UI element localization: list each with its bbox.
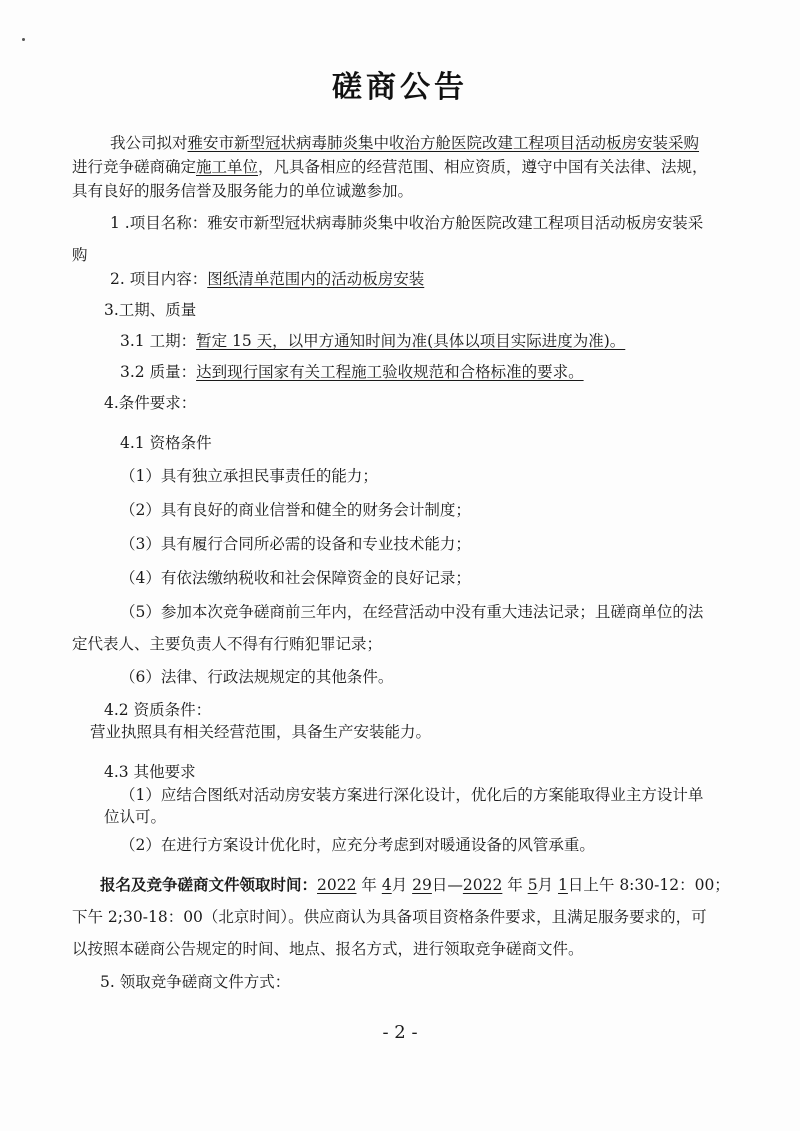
other-item: （1）应结合图纸对活动房安装方案进行深化设计，优化后的方案能取得业主方设计单	[120, 784, 703, 806]
quality-value: 达到现行国家有关工程施工验收规范和合格标准的要求。	[196, 363, 584, 381]
quality-line: 3.2 质量：达到现行国家有关工程施工验收规范和合格标准的要求。	[120, 361, 584, 383]
intro-line-2: 进行竞争磋商确定施工单位，凡具备相应的经营范围、相应资质，遵守中国有关法律、法规…	[72, 156, 708, 178]
text: 年	[356, 876, 381, 894]
condition-item: （4）有依法缴纳税收和社会保障资金的良好记录；	[120, 567, 471, 589]
project-name-underlined: 雅安市新型冠状病毒肺炎集中收治方舱医院改建工程项目活动板房安装采购	[188, 134, 700, 152]
label: 3.2 质量：	[120, 363, 196, 381]
condition-item: （1）具有独立承担民事责任的能力；	[120, 465, 378, 487]
construction-unit-underlined: 施工单位	[196, 158, 258, 176]
text: 日—	[432, 876, 463, 894]
intro-text: 进行竞争磋商确定	[72, 158, 196, 176]
condition-item: （6）法律、行政法规规定的其他条件。	[120, 666, 393, 688]
scan-speck	[22, 38, 25, 41]
page-number: - 2 -	[0, 1022, 800, 1043]
text: 年	[502, 876, 527, 894]
date-value: 4	[382, 876, 392, 894]
text: 月	[392, 876, 412, 894]
section-5-heading: 5. 领取竞争磋商文件方式：	[100, 971, 290, 993]
other-requirements-heading: 4.3 其他要求	[104, 761, 196, 783]
condition-item: （2）具有良好的商业信誉和健全的财务会计制度；	[120, 499, 471, 521]
condition-item-cont: 定代表人、主要负责人不得有行贿犯罪记录；	[72, 633, 382, 655]
schedule-quality-heading: 3.工期、质量	[104, 299, 196, 321]
document-title: 磋商公告	[0, 62, 800, 106]
project-name-line-cont: 购	[72, 244, 88, 266]
condition-item: （3）具有履行合同所必需的设备和专业技术能力；	[120, 533, 471, 555]
other-item-cont: 位认可。	[104, 806, 166, 828]
other-item: （2）在进行方案设计优化时，应充分考虑到对暖通设备的风管承重。	[120, 834, 595, 856]
intro-line-1: 我公司拟对雅安市新型冠状病毒肺炎集中收治方舱医院改建工程项目活动板房安装采购	[110, 132, 699, 154]
qualification-heading: 4.1 资格条件	[120, 432, 212, 454]
registration-line-3: 以按照本磋商公告规定的时间、地点、报名方式，进行领取竞争磋商文件。	[72, 938, 584, 960]
registration-label: 报名及竞争磋商文件领取时间：	[100, 875, 317, 894]
project-content-line: 2. 项目内容：图纸清单范围内的活动板房安装	[110, 268, 424, 290]
schedule-value: 暂定 15 天，以甲方通知时间为准(具体以项目实际进度为准)。	[196, 332, 625, 350]
registration-line-2: 下午 2;30-18：00（北京时间）。供应商认为具备项目资格条件要求，且满足服…	[72, 906, 707, 928]
credentials-text: 营业执照具有相关经营范围，具备生产安装能力。	[90, 721, 431, 743]
condition-item: （5）参加本次竞争磋商前三年内，在经营活动中没有重大违法记录；且磋商单位的法	[120, 601, 703, 623]
date-value: 1	[558, 876, 568, 894]
schedule-line: 3.1 工期：暂定 15 天，以甲方通知时间为准(具体以项目实际进度为准)。	[120, 330, 625, 352]
text: 日上午 8:30-12：00；	[568, 876, 730, 894]
date-value: 29	[412, 876, 432, 894]
date-value: 2022	[463, 876, 502, 894]
document-page: 磋商公告 我公司拟对雅安市新型冠状病毒肺炎集中收治方舱医院改建工程项目活动板房安…	[0, 0, 800, 1131]
intro-text: ，凡具备相应的经营范围、相应资质，遵守中国有关法律、法规，	[258, 158, 708, 176]
date-value: 2022	[317, 876, 356, 894]
registration-line-1: 报名及竞争磋商文件领取时间：2022 年 4月 29日—2022 年 5月 1日…	[100, 874, 730, 896]
text: 月	[538, 876, 558, 894]
project-name-line: 1 .项目名称：雅安市新型冠状病毒肺炎集中收治方舱医院改建工程项目活动板房安装采	[110, 212, 703, 234]
intro-line-3: 具有良好的服务信誉及服务能力的单位诚邀参加。	[72, 180, 413, 202]
label: 3.1 工期：	[120, 332, 196, 350]
credentials-heading: 4.2 资质条件：	[104, 699, 211, 721]
project-content-value: 图纸清单范围内的活动板房安装	[207, 270, 424, 288]
intro-text: 我公司拟对	[110, 134, 188, 152]
label: 2. 项目内容：	[110, 270, 207, 288]
date-value: 5	[528, 876, 538, 894]
conditions-heading: 4.条件要求：	[104, 392, 196, 414]
